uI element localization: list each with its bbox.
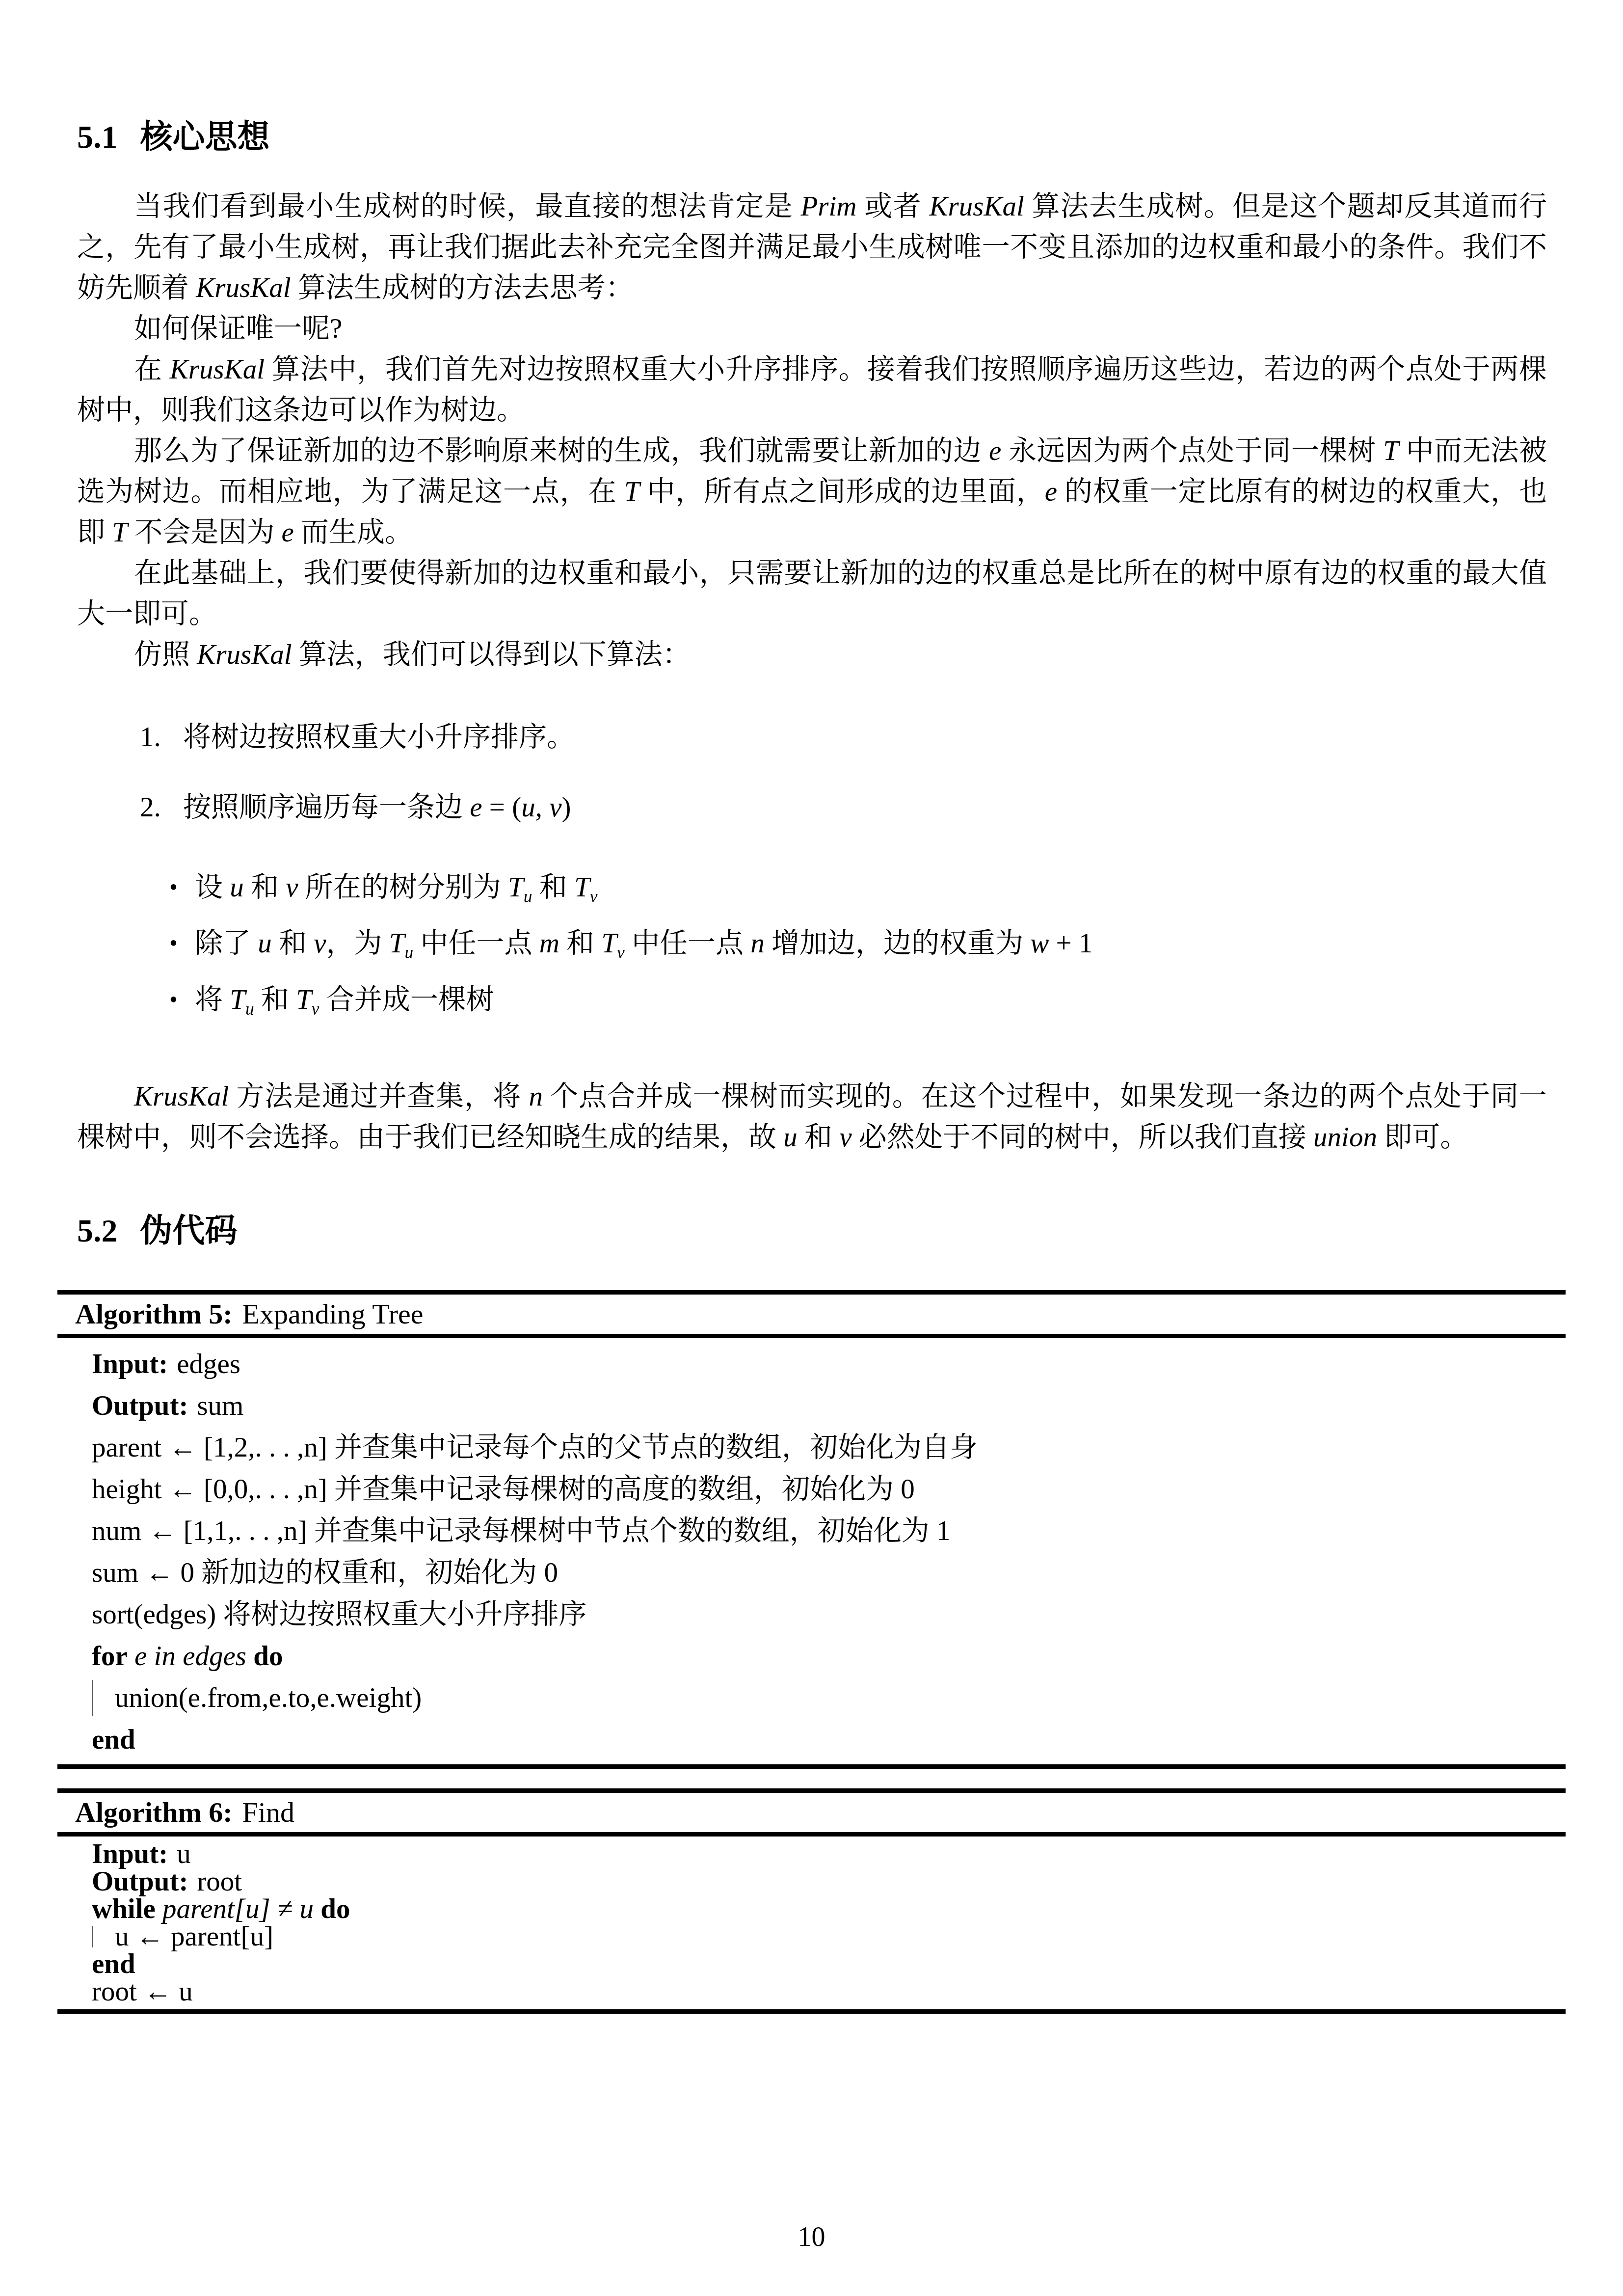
- algorithm-while-line: while parent[u] ≠ u do: [92, 1895, 1566, 1923]
- list-item: 2. 按照顺序遍历每一条边 e = (u, v): [140, 787, 1547, 828]
- loop-indent-bar: [92, 1680, 93, 1716]
- algorithm-loop-body: union(e.from,e.to,e.weight): [92, 1677, 1566, 1719]
- output-value: sum: [197, 1390, 243, 1421]
- paragraph: 那么为了保证新加的边不影响原来树的生成，我们就需要让新加的边 e 永远因为两个点…: [77, 431, 1547, 553]
- paragraph: 在此基础上，我们要使得新加的边权重和最小，只需要让新加的边的权重总是比所在的树中…: [77, 553, 1547, 634]
- algorithm-line: union(e.from,e.to,e.weight): [115, 1677, 422, 1719]
- section-heading-5-2: 5.2伪代码: [77, 1214, 1547, 1248]
- algorithm-output-line: Output:sum: [92, 1385, 1566, 1427]
- list-item: 1. 将树边按照权重大小升序排序。: [140, 717, 1547, 757]
- bullet-text: 设 u 和 v 所在的树分别为 Tu 和 Tv: [195, 867, 597, 917]
- output-label: Output:: [92, 1390, 188, 1421]
- input-label: Input:: [92, 1349, 168, 1379]
- bullet-icon: •: [169, 979, 195, 1029]
- algorithm-caption: Algorithm 6:Find: [57, 1793, 1566, 1837]
- paragraph: 如何保证唯一呢?: [77, 308, 1547, 349]
- item-text: 将树边按照权重大小升序排序。: [183, 717, 575, 757]
- paragraph: 当我们看到最小生成树的时候，最直接的想法肯定是 Prim 或者 KrusKal …: [77, 186, 1547, 308]
- bullet-icon: •: [169, 923, 195, 973]
- document-page: 5.1核心思想 当我们看到最小生成树的时候，最直接的想法肯定是 Prim 或者 …: [0, 0, 1623, 2296]
- algorithm-for-line: for e in edges do: [92, 1635, 1566, 1677]
- algorithm-label: Algorithm 6:: [75, 1796, 233, 1828]
- algorithm-line: num ← [1,1,. . . ,n] 并查集中记录每棵树中节点个数的数组，初…: [92, 1510, 1566, 1552]
- section-number: 5.1: [77, 119, 118, 155]
- algorithm-label: Algorithm 5:: [75, 1298, 233, 1330]
- bullet-item: • 设 u 和 v 所在的树分别为 Tu 和 Tv: [169, 867, 1547, 917]
- input-value: edges: [177, 1349, 240, 1379]
- section-title: 伪代码: [140, 1213, 238, 1249]
- paragraph: 在 KrusKal 算法中，我们首先对边按照权重大小升序排序。接着我们按照顺序遍…: [77, 349, 1547, 431]
- algorithm-input-line: Input:edges: [92, 1343, 1566, 1385]
- bullet-item: • 除了 u 和 v，为 Tu 中任一点 m 和 Tv 中任一点 n 增加边，边…: [169, 923, 1547, 973]
- algorithm-line: u ← parent[u]: [115, 1923, 273, 1950]
- algorithm-line: parent ← [1,2,. . . ,n] 并查集中记录每个点的父节点的数组…: [92, 1427, 1566, 1468]
- bullet-text: 将 Tu 和 Tv 合并成一棵树: [195, 979, 494, 1029]
- algorithm-box-find: Algorithm 6:Find Input:u Output:root whi…: [57, 1788, 1566, 2014]
- bullet-list: • 设 u 和 v 所在的树分别为 Tu 和 Tv • 除了 u 和 v，为 T…: [77, 867, 1547, 1029]
- bullet-text: 除了 u 和 v，为 Tu 中任一点 m 和 Tv 中任一点 n 增加边，边的权…: [195, 923, 1092, 973]
- algorithm-end-line: end: [92, 1950, 1566, 1978]
- algorithm-line: sort(edges) 将树边按照权重大小升序排序: [92, 1594, 1566, 1635]
- page-number: 10: [0, 2221, 1623, 2253]
- algorithm-line: height ← [0,0,. . . ,n] 并查集中记录每棵树的高度的数组，…: [92, 1468, 1566, 1510]
- item-text: 按照顺序遍历每一条边 e = (u, v): [183, 787, 571, 828]
- output-value: root: [197, 1866, 242, 1897]
- item-number: 1.: [140, 717, 183, 757]
- ordered-list: 1. 将树边按照权重大小升序排序。 2. 按照顺序遍历每一条边 e = (u, …: [77, 717, 1547, 828]
- item-number: 2.: [140, 787, 183, 828]
- algorithm-input-line: Input:u: [92, 1840, 1566, 1868]
- algorithm-output-line: Output:root: [92, 1868, 1566, 1895]
- algorithm-line: root ← u: [92, 1978, 1566, 2005]
- algorithm-body: Input:u Output:root while parent[u] ≠ u …: [57, 1837, 1566, 2009]
- section-number: 5.2: [77, 1213, 118, 1249]
- algorithm-end-line: end: [92, 1719, 1566, 1760]
- section-title: 核心思想: [140, 119, 270, 155]
- input-value: u: [177, 1838, 191, 1869]
- algorithm-title: Expanding Tree: [242, 1298, 424, 1330]
- loop-indent-bar: [92, 1926, 93, 1947]
- algorithm-loop-body: u ← parent[u]: [92, 1923, 1566, 1950]
- paragraph: 仿照 KrusKal 算法，我们可以得到以下算法：: [77, 634, 1547, 675]
- output-label: Output:: [92, 1866, 188, 1897]
- algorithm-caption: Algorithm 5:Expanding Tree: [57, 1295, 1566, 1338]
- page-content: 5.1核心思想 当我们看到最小生成树的时候，最直接的想法肯定是 Prim 或者 …: [77, 0, 1547, 2014]
- bullet-icon: •: [169, 867, 195, 917]
- bullet-item: • 将 Tu 和 Tv 合并成一棵树: [169, 979, 1547, 1029]
- algorithm-title: Find: [242, 1796, 294, 1828]
- input-label: Input:: [92, 1838, 168, 1869]
- algorithm-body: Input:edges Output:sum parent ← [1,2,. .…: [57, 1338, 1566, 1764]
- section-heading-5-1: 5.1核心思想: [77, 120, 1547, 155]
- algorithm-line: sum ← 0 新加边的权重和，初始化为 0: [92, 1552, 1566, 1594]
- paragraph: KrusKal 方法是通过并查集，将 n 个点合并成一棵树而实现的。在这个过程中…: [77, 1076, 1547, 1158]
- algorithm-box-expanding-tree: Algorithm 5:Expanding Tree Input:edges O…: [57, 1290, 1566, 1769]
